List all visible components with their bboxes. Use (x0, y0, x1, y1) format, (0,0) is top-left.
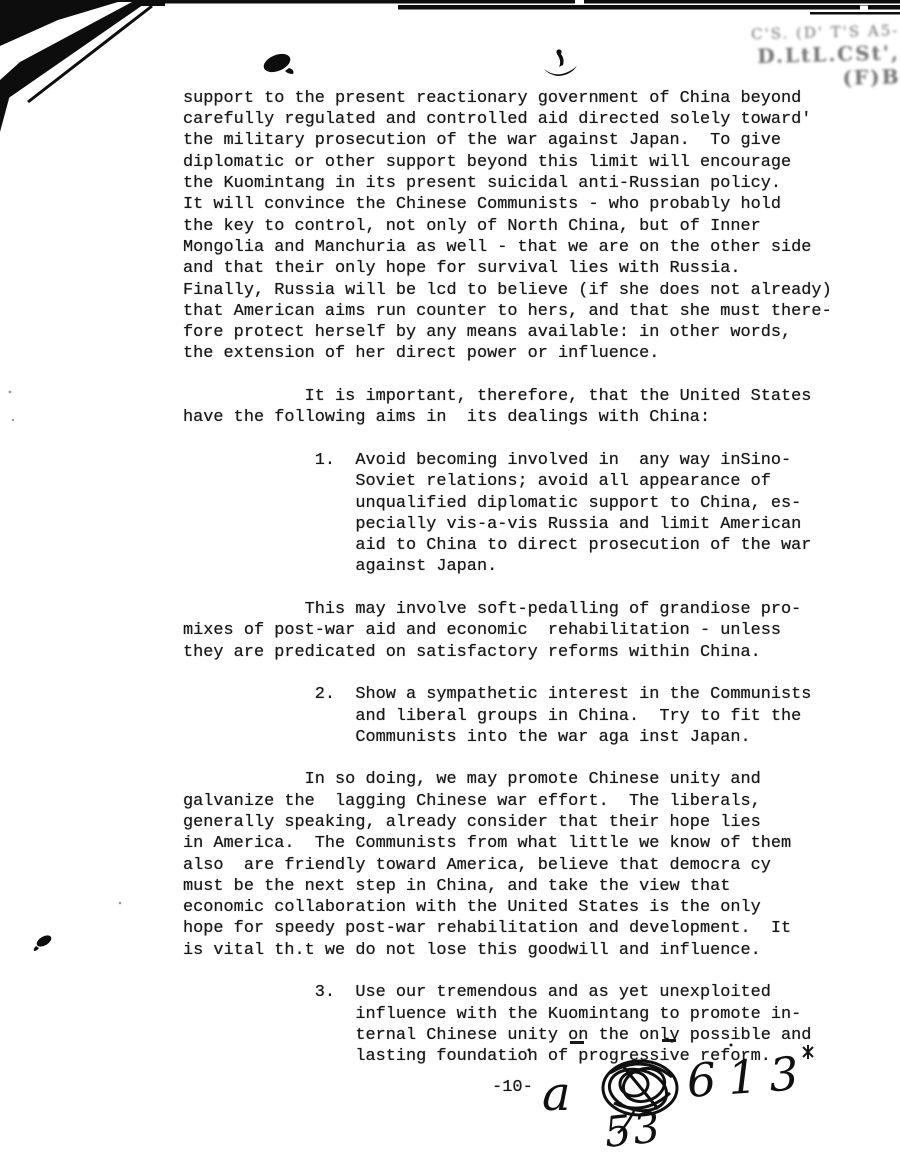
ink-smudge-bottom-left (34, 933, 53, 951)
ink-smudge-left (261, 50, 293, 75)
scribble-blob (603, 1061, 677, 1116)
faded-stamp: C'S. (D' T'S A5- D.LtL.CSt',(F)B (699, 21, 900, 93)
corner-fold-artifact (0, 0, 152, 132)
handwritten-letter-a: a (542, 1066, 571, 1122)
typed-text: support to the present reactionary gover… (183, 88, 832, 1068)
scanned-document-page: { "page": { "background": "#ffffff", "in… (0, 0, 900, 1166)
page-number: -10- (492, 1078, 533, 1097)
faded-stamp-line1: C'S. (D' T'S A5- (699, 21, 899, 44)
scan-edge-artifact (0, 0, 900, 15)
handwritten-lower-digits: 53 (602, 1102, 664, 1157)
ink-smudge-right (544, 49, 577, 76)
handwritten-tail-stroke (618, 1111, 634, 1133)
faded-stamp-line2: D.LtL.CSt',(F)B (700, 40, 900, 93)
